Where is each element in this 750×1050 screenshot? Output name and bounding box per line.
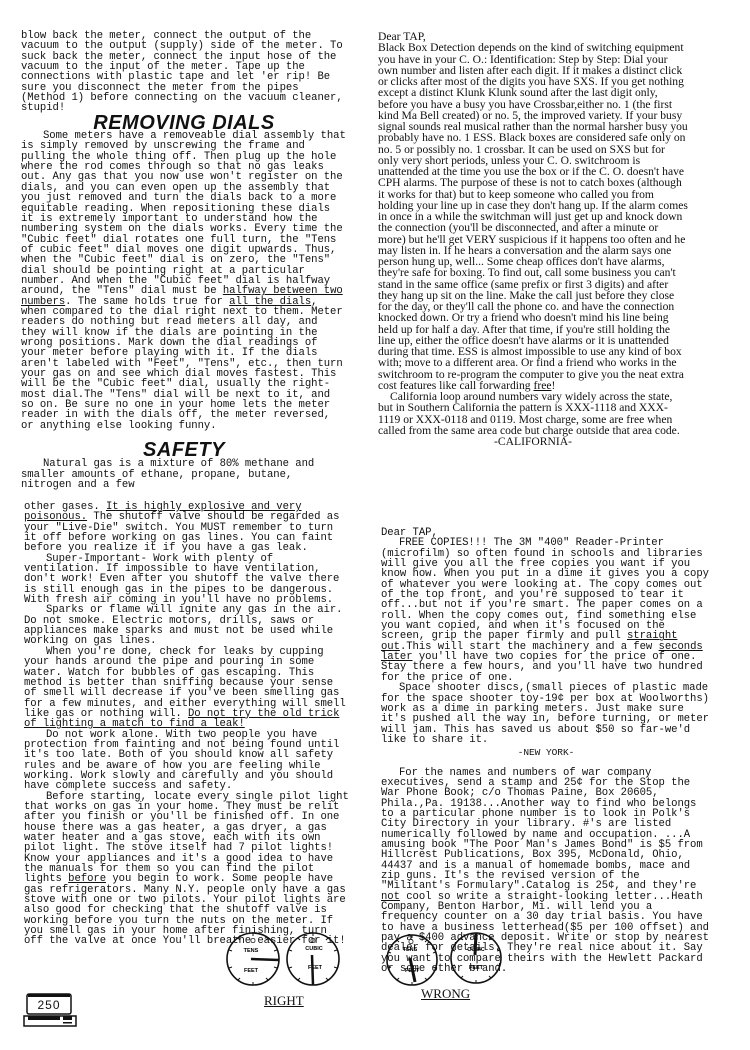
svg-text:FEET: FEET — [244, 968, 259, 974]
svg-text:FEET: FEET — [308, 965, 323, 971]
removing-dials-paragraph: Some meters have a removeable dial assem… — [21, 131, 347, 431]
removing-dials-heading: REMOVING DIALS — [21, 118, 347, 128]
svg-text:O: O — [408, 939, 414, 946]
tens-dial-wrong: O TENS FEET — [387, 935, 437, 985]
left-column-bottom: other gases. It is highly explosive and … — [24, 502, 350, 947]
california-paragraph: California loop around numbers vary wide… — [378, 391, 688, 436]
safety-paragraph-1: Natural gas is a mixture of 80% methane … — [21, 459, 347, 490]
cubic-dial-right: O CUBIC FEET — [287, 933, 339, 985]
black-box-paragraph: Black Box Detection depends on the kind … — [378, 42, 688, 391]
tens-dial-right: O TENS FEET — [227, 933, 279, 985]
dials-right-figure: O TENS FEET O CUBIC FEET — [226, 930, 346, 990]
dials-wrong-figure: O TENS FEET CUBIC FEET — [384, 930, 510, 988]
cubic-dial-wrong: CUBIC FEET — [451, 933, 501, 983]
page-number: 250 — [30, 998, 68, 1012]
safety-paragraph-7: Before starting, locate every single pil… — [24, 792, 350, 947]
california-signoff: -CALIFORNIA- — [378, 436, 688, 447]
svg-text:TENS: TENS — [403, 947, 418, 953]
right-column-bottom: Dear TAP, FREE COPIES!!! The 3M "400" Re… — [381, 528, 711, 974]
svg-text:O: O — [310, 938, 316, 945]
svg-text:TENS: TENS — [244, 948, 259, 954]
space-shooter-paragraph: Space shooter discs,(small pieces of pla… — [381, 683, 711, 745]
right-caption: RIGHT — [264, 993, 304, 1009]
safety-paragraph-5: When you're done, check for leaks by cup… — [24, 647, 350, 730]
right-column-top: Dear TAP, Black Box Detection depends on… — [378, 31, 688, 447]
left-column-top: blow back the meter, connect the output … — [21, 31, 347, 490]
intro-paragraph: blow back the meter, connect the output … — [21, 31, 347, 114]
safety-paragraph-4: Sparks or flame will ignite any gas in t… — [24, 605, 350, 646]
safety-heading: SAFETY — [21, 445, 347, 455]
computer-page-number-icon: 250 — [22, 992, 78, 1030]
safety-paragraph-6: Do not work alone. With two people you h… — [24, 730, 350, 792]
wrong-caption: WRONG — [421, 986, 470, 1002]
svg-text:O: O — [250, 938, 256, 945]
safety-paragraph-3: Super-Important- Work with plenty of ven… — [24, 554, 350, 606]
free-copies-paragraph: FREE COPIES!!! The 3M "400" Reader-Print… — [381, 538, 711, 683]
svg-text:FEET: FEET — [469, 965, 484, 971]
new-york-signoff: -NEW YORK- — [381, 748, 711, 758]
svg-text:CUBIC: CUBIC — [305, 946, 322, 952]
safety-paragraph-2: other gases. It is highly explosive and … — [24, 502, 350, 554]
